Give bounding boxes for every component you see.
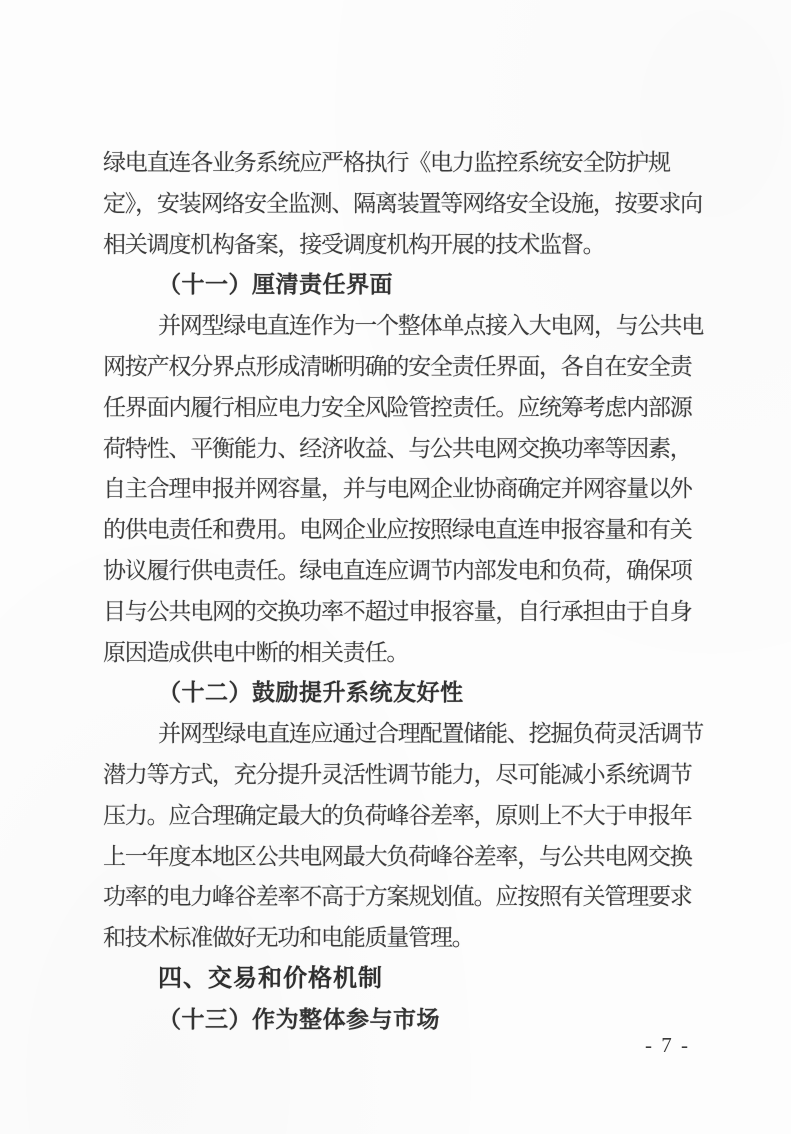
paragraph-line: 自主合理申报并网容量，并与电网企业协商确定并网容量以外	[103, 469, 709, 510]
paragraph-line: 目与公共电网的交换功率不超过申报容量，自行承担由于自身	[103, 592, 709, 633]
paragraph-line: 的供电责任和费用。电网企业应按照绿电直连申报容量和有关	[103, 510, 709, 551]
section-heading: （十一）厘清责任界面	[103, 265, 709, 306]
paragraph-line: 网按产权分界点形成清晰明确的安全责任界面，各自在安全责	[103, 347, 709, 388]
chapter-heading: 四、交易和价格机制	[103, 959, 709, 1000]
document-page: 绿电直连各业务系统应严格执行《电力监控系统安全防护规定》，安装网络安全监测、隔离…	[0, 0, 791, 1134]
paragraph-line: 功率的电力峰谷差率不高于方案规划值。应按照有关管理要求	[103, 877, 709, 918]
paragraph-line: 并网型绿电直连作为一个整体单点接入大电网，与公共电	[103, 306, 709, 347]
paragraph-line: 相关调度机构备案，接受调度机构开展的技术监督。	[103, 225, 709, 266]
document-lines: 绿电直连各业务系统应严格执行《电力监控系统安全防护规定》，安装网络安全监测、隔离…	[103, 143, 709, 1041]
paragraph-line: 潜力等方式，充分提升灵活性调节能力，尽可能减小系统调节	[103, 755, 709, 796]
section-heading: （十二）鼓励提升系统友好性	[103, 673, 709, 714]
paragraph-line: 绿电直连各业务系统应严格执行《电力监控系统安全防护规	[103, 143, 709, 184]
paragraph-line: 协议履行供电责任。绿电直连应调节内部发电和负荷，确保项	[103, 551, 709, 592]
paragraph-line: 并网型绿电直连应通过合理配置储能、挖掘负荷灵活调节	[103, 714, 709, 755]
paragraph-line: 压力。应合理确定最大的负荷峰谷差率，原则上不大于申报年	[103, 796, 709, 837]
paragraph-line: 上一年度本地区公共电网最大负荷峰谷差率，与公共电网交换	[103, 837, 709, 878]
paragraph-line: 任界面内履行相应电力安全风险管控责任。应统筹考虑内部源	[103, 388, 709, 429]
paragraph-line: 荷特性、平衡能力、经济收益、与公共电网交换功率等因素，	[103, 429, 709, 470]
paragraph-line: 定》，安装网络安全监测、隔离装置等网络安全设施，按要求向	[103, 184, 709, 225]
paragraph-line: 原因造成供电中断的相关责任。	[103, 633, 709, 674]
paragraph-line: 和技术标准做好无功和电能质量管理。	[103, 918, 709, 959]
page-number: - 7 -	[645, 1033, 690, 1058]
section-heading: （十三）作为整体参与市场	[103, 1000, 709, 1041]
